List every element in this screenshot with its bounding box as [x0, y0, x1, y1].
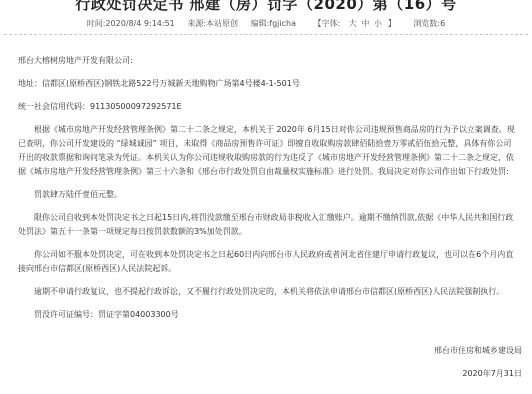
document-body: 邢台大榕树房地产开发有限公司: 地址：信都区(原桥西区)钢铁北路522号万城新天… — [18, 54, 518, 331]
article-meta: 时间:2020/8/4 9:14:51 来源:本站原创 编辑:fgjicha 【… — [0, 18, 532, 29]
credit-code: 统一社会信用代码：91130500097292571E — [18, 100, 518, 114]
header-divider — [4, 34, 528, 35]
paragraph-findings: 根据《城市房地产开发经营管理条例》第二十二条之规定，本机关于 2020年 6月1… — [18, 123, 518, 179]
recipient-address: 地址：信都区(原桥西区)钢铁北路522号万城新天地购物广场第4号楼4-1-501… — [18, 77, 518, 91]
signature-organization: 邢台市住房和城乡建设局 — [434, 345, 522, 356]
paragraph-enforcement: 逾期不申请行政复议，也不提起行政诉讼，又不履行行政处罚决定的，本机关将依法申请邢… — [18, 285, 518, 299]
font-size-small-link[interactable]: 小 — [374, 19, 382, 28]
document-page: 行政处罚决定书 邢建（房）罚字（2020）第（16）号 时间:2020/8/4 … — [0, 0, 532, 394]
font-size-medium-link[interactable]: 中 — [361, 19, 369, 28]
article-editor: 编辑:fgjicha — [251, 19, 296, 28]
paragraph-payment: 限你公司自收到本处罚决定书之日起15日内,将罚没款缴至邢台市财政局非税收入汇缴账… — [18, 211, 518, 239]
paragraph-appeal: 你公司如不服本处罚决定，可在收到本处罚决定书之日起60日内向邢台市人民政府或者河… — [18, 248, 518, 276]
paragraph-license-number: 罚没许可证编号：罚证字第04003300号 — [18, 308, 518, 322]
signature-date: 2020年7月31日 — [462, 368, 522, 379]
page-title: 行政处罚决定书 邢建（房）罚字（2020）第（16）号 — [0, 0, 532, 14]
font-size-switcher: 【字体: 大 中 小】 — [309, 19, 401, 28]
font-size-label-close: 】 — [388, 19, 396, 28]
paragraph-penalty: 罚款肆万陆仟壹佰元整。 — [18, 188, 518, 202]
article-source: 来源:本站原创 — [187, 19, 238, 28]
recipient: 邢台大榕树房地产开发有限公司: — [18, 54, 518, 68]
publish-time: 时间:2020/8/4 9:14:51 — [87, 19, 175, 28]
view-count: 浏览数:6 — [413, 19, 445, 28]
font-size-label-open: 【字体: — [314, 19, 341, 28]
font-size-large-link[interactable]: 大 — [349, 19, 357, 28]
